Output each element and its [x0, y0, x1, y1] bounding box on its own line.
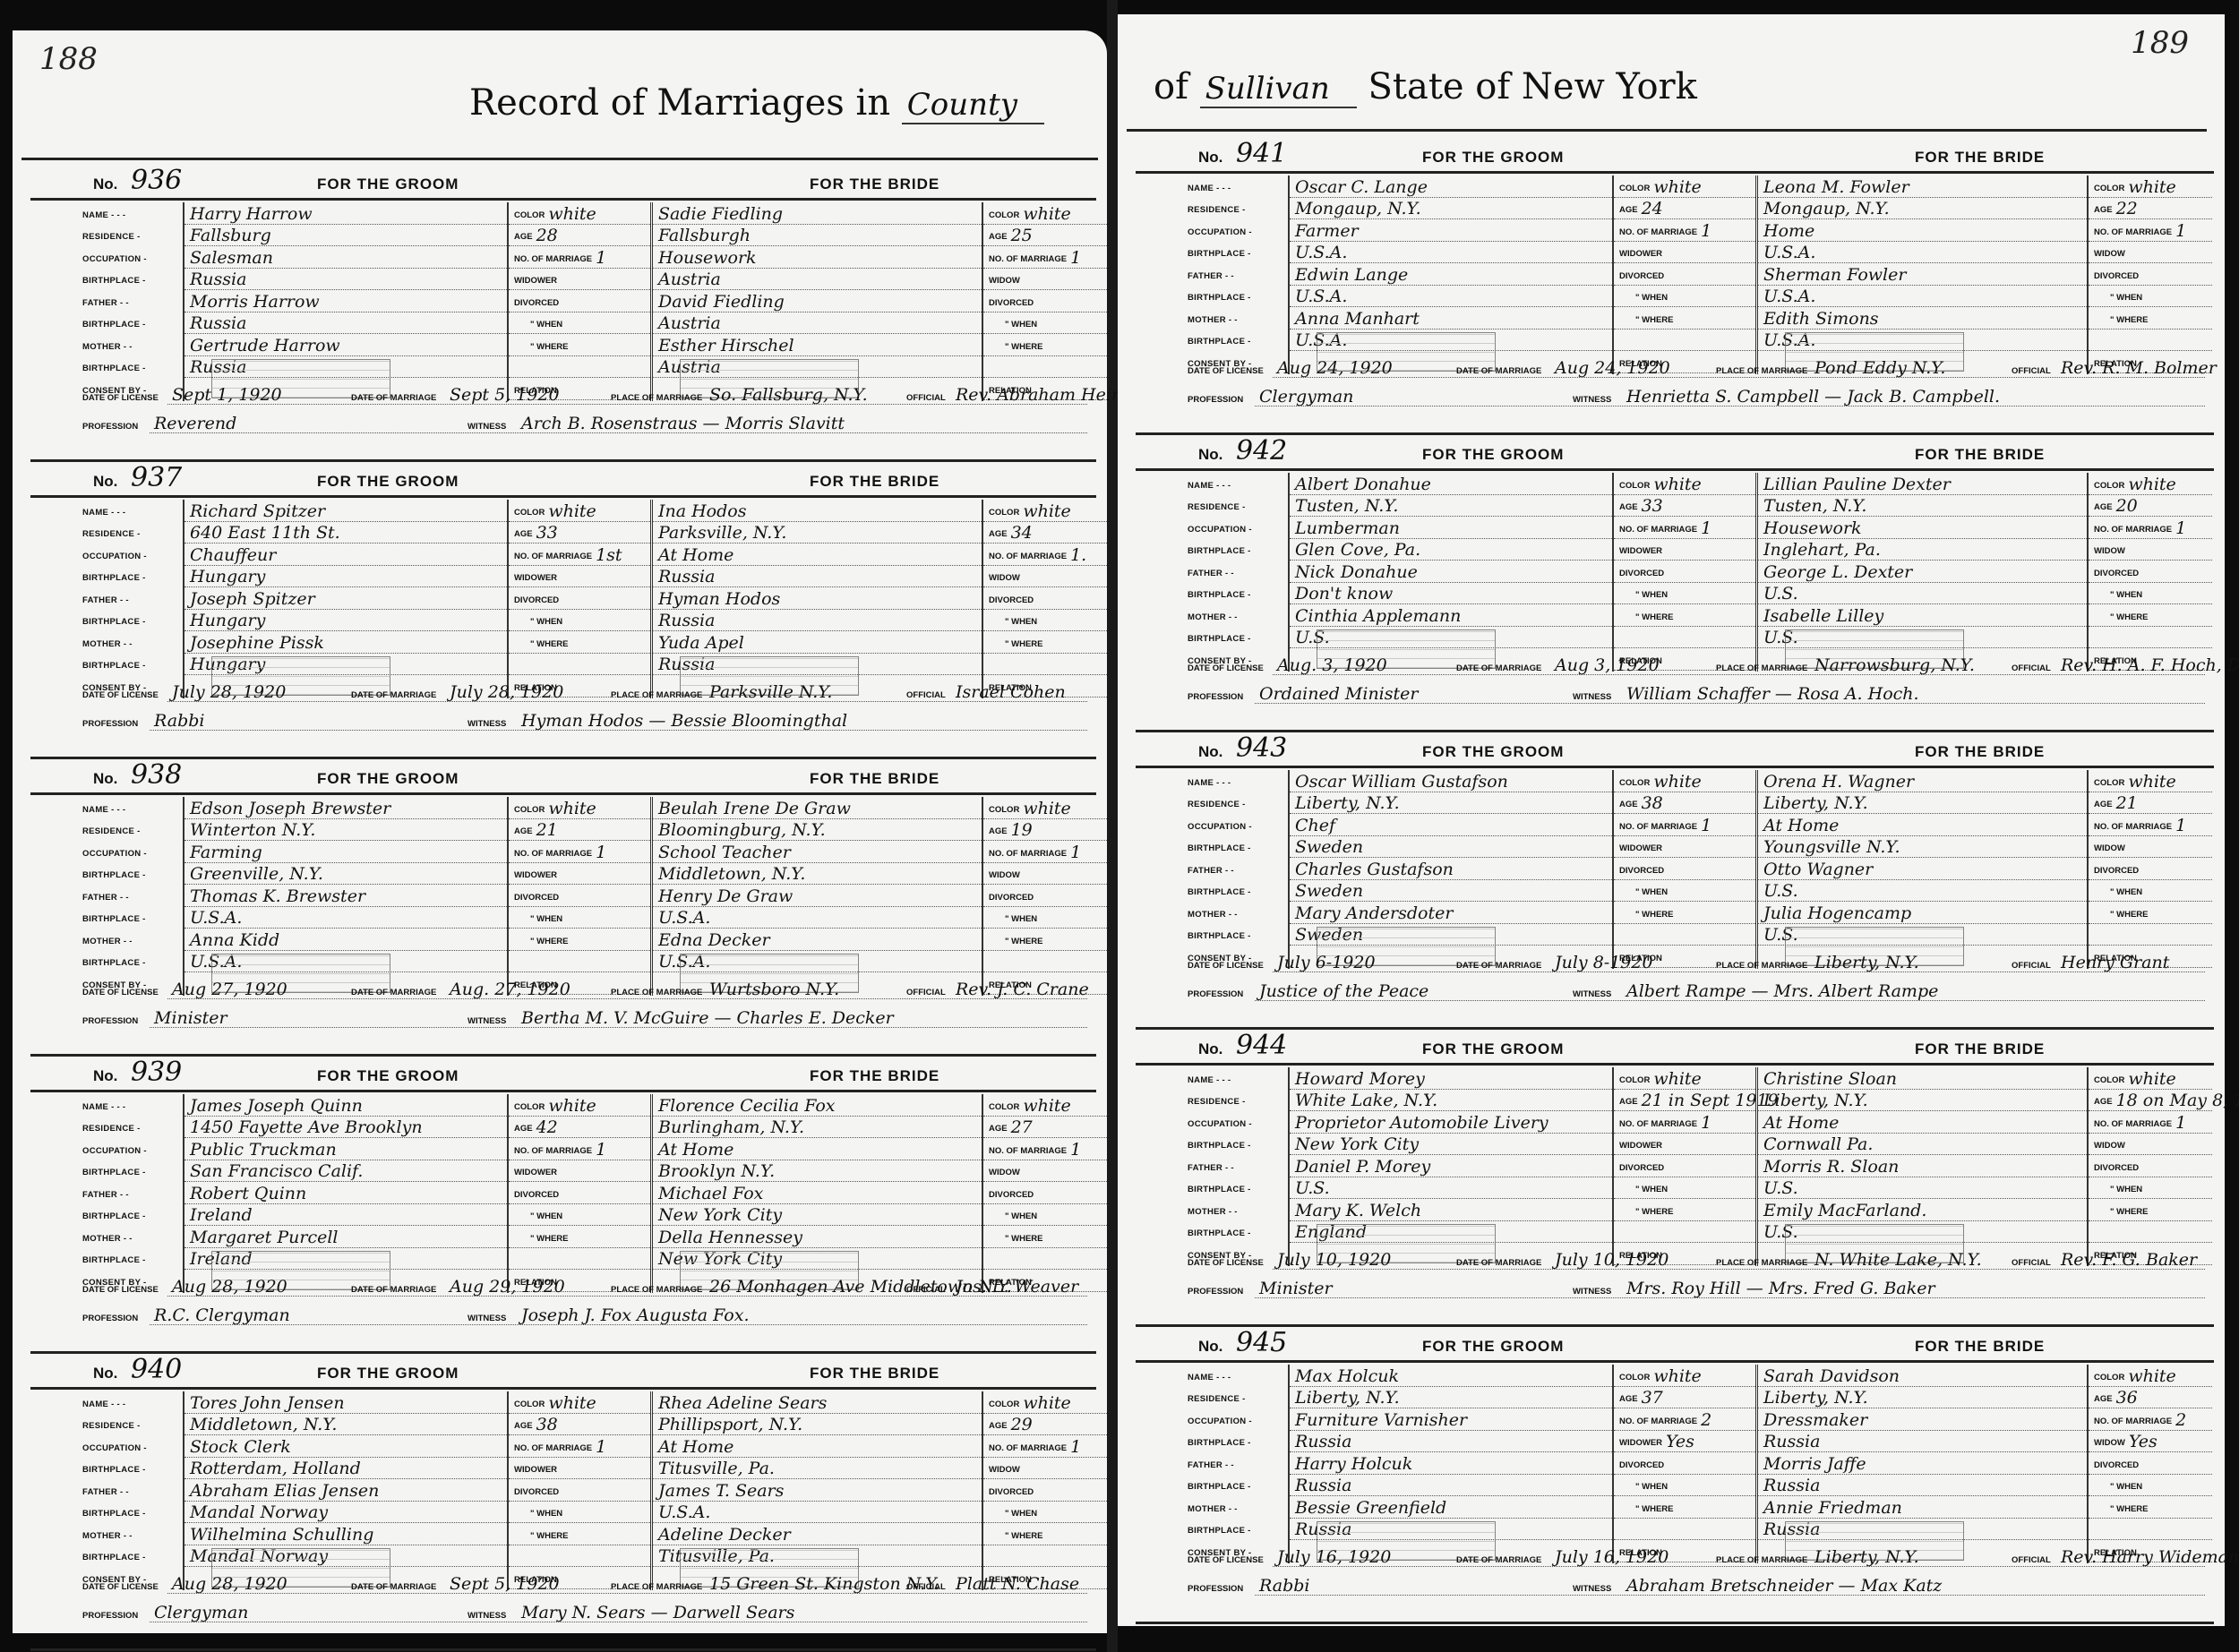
bride-residence: Fallsburgh: [658, 226, 751, 245]
bride-name: Sadie Fiedling: [658, 204, 783, 224]
date-of-marriage: Aug 29, 1920: [450, 1277, 565, 1297]
bride-occupation: At Home: [1763, 1113, 1839, 1133]
label-witness: WITNESS: [1573, 1584, 1611, 1594]
bride-birthplace: Cornwall Pa.: [1763, 1134, 1873, 1154]
groom-age: 28: [536, 226, 558, 245]
bride-status: COLORwhite AGE22 NO. OF MARRIAGE1 WIDOW …: [2087, 175, 2212, 374]
label-widower: WIDOWER: [1619, 1438, 1662, 1448]
label-divorced: DIVORCED: [989, 595, 1034, 605]
bride-details: Orena H. Wagner Liberty, N.Y. At Home Yo…: [1755, 770, 2087, 969]
bride-details: Christine Sloan Liberty, N.Y. At Home Co…: [1755, 1067, 2087, 1266]
marriage-record: No. 940 FOR THE GROOM FOR THE BRIDE NAME…: [30, 1354, 1096, 1651]
groom-details: Oscar C. Lange Mongaup, N.Y. Farmer U.S.…: [1288, 175, 1612, 374]
bride-no-of-marriage: 1: [1070, 1140, 1081, 1160]
label-father: FATHER - -: [1188, 1157, 1286, 1179]
label-profession: PROFESSION: [1188, 1287, 1243, 1297]
bride-father-birthplace: Austria: [658, 313, 721, 333]
record-header: No. 936 FOR THE GROOM FOR THE BRIDE: [30, 165, 1096, 201]
bride-father: Hyman Hodos: [658, 589, 780, 609]
place-of-marriage: N. White Lake, N.Y.: [1814, 1250, 1982, 1270]
bride-status: COLORwhite AGE18 on May 8, 1920 NO. OF M…: [2087, 1067, 2212, 1266]
label-birthplace: BIRTHPLACE -: [1188, 244, 1286, 266]
label-father-birthplace: BIRTHPLACE -: [1188, 1477, 1286, 1499]
bride-name: Sarah Davidson: [1763, 1366, 1900, 1386]
bride-details: Sarah Davidson Liberty, N.Y. Dressmaker …: [1755, 1365, 2087, 1563]
bride-age: 20: [2116, 496, 2138, 516]
label-no-of-marriage: NO. OF MARRIAGE: [989, 254, 1067, 264]
label-occupation: OCCUPATION -: [1188, 518, 1286, 541]
bride-age: 29: [1011, 1415, 1033, 1434]
bride-occupation: At Home: [658, 1140, 733, 1160]
bride-birthplace: Brooklyn N.Y.: [658, 1161, 775, 1181]
groom-father-birthplace: U.S.A.: [1295, 287, 1347, 306]
label-occupation: OCCUPATION -: [1188, 816, 1286, 838]
bride-status: COLORwhite AGE20 NO. OF MARRIAGE1 WIDOW …: [2087, 473, 2212, 672]
date-of-marriage: July 28, 1920: [450, 682, 563, 702]
label-age: AGE: [2094, 1097, 2113, 1107]
title-of: of: [1154, 66, 1188, 107]
label-divorced: DIVORCED: [514, 298, 559, 308]
label-widow: WIDOW: [2094, 546, 2125, 556]
page-number: 188: [39, 41, 98, 77]
groom-color: white: [548, 501, 596, 521]
bride-name: Leona M. Fowler: [1763, 177, 1909, 197]
bride-heading: FOR THE BRIDE: [810, 175, 939, 193]
label-widow: WIDOW: [989, 1168, 1020, 1177]
bride-occupation: Home: [1763, 221, 1814, 241]
label-mother-birthplace: BIRTHPLACE -: [82, 655, 181, 678]
label-age: AGE: [2094, 1394, 2113, 1404]
row-labels: NAME - - - RESIDENCE - OCCUPATION - BIRT…: [82, 1096, 181, 1294]
bride-status: COLORwhite AGE25 NO. OF MARRIAGE1 WIDOW …: [982, 202, 1107, 401]
place-of-marriage: Wurtsboro N.Y.: [709, 980, 839, 999]
date-of-marriage: July 16, 1920: [1555, 1547, 1669, 1567]
label-no-of-marriage: NO. OF MARRIAGE: [514, 254, 592, 264]
label-age: AGE: [1619, 800, 1638, 809]
label-divorced-where: " WHERE: [514, 342, 569, 352]
title-divider: [1127, 129, 2207, 132]
label-witness: WITNESS: [468, 719, 506, 729]
left-page: 188 Record of Marriages in County No. 93…: [13, 30, 1107, 1633]
label-divorced-where: " WHERE: [1619, 910, 1674, 920]
groom-mother: Anna Kidd: [190, 930, 279, 950]
label-place-of-marriage: PLACE OF MARRIAGE: [1716, 1258, 1807, 1268]
label-father: FATHER - -: [82, 1184, 181, 1206]
record-number: 938: [131, 759, 182, 791]
witness: William Schaffer — Rosa A. Hoch.: [1626, 684, 1919, 704]
label-occupation: OCCUPATION -: [1188, 1113, 1286, 1135]
row-labels: NAME - - - RESIDENCE - OCCUPATION - BIRT…: [82, 799, 181, 997]
label-divorced-where: " WHERE: [514, 639, 569, 649]
label-no-of-marriage: NO. OF MARRIAGE: [514, 849, 592, 859]
label-residence: RESIDENCE -: [1188, 497, 1286, 519]
label-widower: WIDOWER: [514, 870, 557, 880]
date-of-license: July 10, 1920: [1277, 1250, 1391, 1270]
bride-color: white: [2128, 177, 2175, 197]
label-father-birthplace: BIRTHPLACE -: [82, 1206, 181, 1228]
groom-age: 33: [1642, 496, 1663, 516]
bride-mother: Della Hennessey: [658, 1228, 802, 1247]
groom-details: Albert Donahue Tusten, N.Y. Lumberman Gl…: [1288, 473, 1612, 672]
label-name: NAME - - -: [82, 501, 181, 524]
label-divorced: DIVORCED: [989, 1190, 1034, 1200]
label-widow: WIDOW: [2094, 249, 2125, 259]
label-no-of-marriage: NO. OF MARRIAGE: [2094, 525, 2172, 535]
groom-name: James Joseph Quinn: [190, 1096, 363, 1116]
bride-details: Rhea Adeline Sears Phillipsport, N.Y. At…: [650, 1391, 982, 1590]
groom-details: Edson Joseph Brewster Winterton N.Y. Far…: [183, 797, 507, 996]
groom-color: white: [1653, 475, 1701, 494]
label-father-birthplace: BIRTHPLACE -: [82, 909, 181, 931]
label-color: COLOR: [989, 1102, 1019, 1112]
label-color: COLOR: [2094, 1373, 2124, 1382]
groom-name: Tores John Jensen: [190, 1393, 345, 1413]
bride-residence: Tusten, N.Y.: [1763, 496, 1866, 516]
official: Rev. J. C. Crane: [956, 980, 1089, 999]
groom-details: Richard Spitzer 640 East 11th St. Chauff…: [183, 500, 507, 698]
bride-mother: Julia Hogencamp: [1763, 903, 1911, 923]
witness: Bertha M. V. McGuire — Charles E. Decker: [521, 1008, 894, 1028]
label-occupation: OCCUPATION -: [82, 545, 181, 568]
groom-heading: FOR THE GROOM: [1422, 446, 1564, 464]
label-profession: PROFESSION: [1188, 1584, 1243, 1594]
label-occupation: OCCUPATION -: [1188, 1410, 1286, 1433]
ceremony-underline: [167, 701, 1087, 702]
groom-mother: Mary K. Welch: [1295, 1201, 1421, 1220]
groom-color: white: [1653, 772, 1701, 792]
label-age: AGE: [989, 1124, 1008, 1134]
label-color: COLOR: [1619, 481, 1650, 491]
label-divorced-when: " WHEN: [989, 914, 1037, 924]
bride-color: white: [1023, 1096, 1070, 1116]
groom-heading: FOR THE GROOM: [317, 1067, 459, 1085]
label-witness: WITNESS: [1573, 692, 1611, 702]
label-mother: MOTHER - -: [82, 1228, 181, 1250]
bride-birthplace: U.S.A.: [1763, 243, 1815, 262]
label-widower: WIDOWER: [1619, 1141, 1662, 1151]
date-of-marriage: Aug. 27, 1920: [450, 980, 570, 999]
groom-residence: Mongaup, N.Y.: [1295, 199, 1421, 218]
label-date-of-marriage: DATE OF MARRIAGE: [351, 690, 436, 700]
bride-status: COLORwhite AGE36 NO. OF MARRIAGE2 WIDOWY…: [2087, 1365, 2212, 1563]
bride-father-birthplace: Russia: [1763, 1476, 1820, 1495]
witness: Arch B. Rosenstraus — Morris Slavitt: [521, 414, 845, 433]
bride-status: COLORwhite AGE27 NO. OF MARRIAGE1 WIDOW …: [982, 1094, 1107, 1293]
groom-heading: FOR THE GROOM: [1422, 743, 1564, 761]
bride-father: Henry De Graw: [658, 886, 793, 906]
label-divorced-when: " WHEN: [2094, 1185, 2142, 1194]
label-divorced-where: " WHERE: [2094, 1504, 2149, 1514]
groom-mother: Wilhelmina Schulling: [190, 1525, 373, 1545]
profession: Rabbi: [1259, 1576, 1309, 1596]
label-official: OFFICIAL: [906, 690, 946, 700]
groom-residence: Liberty, N.Y.: [1295, 1388, 1400, 1408]
records-left: No. 936 FOR THE GROOM FOR THE BRIDE NAME…: [30, 165, 1096, 1651]
label-residence: RESIDENCE -: [82, 821, 181, 843]
label-birthplace: BIRTHPLACE -: [82, 865, 181, 887]
label-witness: WITNESS: [1573, 989, 1611, 999]
bride-residence: Phillipsport, N.Y.: [658, 1415, 802, 1434]
groom-name: Edson Joseph Brewster: [190, 799, 390, 818]
bride-name: Ina Hodos: [658, 501, 746, 521]
bride-details: Beulah Irene De Graw Bloomingburg, N.Y. …: [650, 797, 982, 996]
groom-heading: FOR THE GROOM: [1422, 149, 1564, 167]
bride-father-birthplace: U.S.A.: [658, 908, 710, 928]
profession: Rabbi: [154, 711, 204, 731]
bride-father: George L. Dexter: [1763, 562, 1912, 582]
bride-father: Sherman Fowler: [1763, 265, 1906, 285]
bride-birthplace: Russia: [658, 567, 715, 586]
label-father: FATHER - -: [1188, 1454, 1286, 1477]
witness-underline: [1255, 1000, 2205, 1001]
bride-color: white: [2128, 772, 2175, 792]
bride-mother: Emily MacFarland.: [1763, 1201, 1926, 1220]
label-date-of-marriage: DATE OF MARRIAGE: [351, 1285, 436, 1295]
label-profession: PROFESSION: [82, 1016, 138, 1026]
groom-birthplace: Glen Cove, Pa.: [1295, 540, 1420, 560]
bride-color: white: [2128, 1366, 2175, 1386]
groom-name: Harry Harrow: [190, 204, 313, 224]
label-father: FATHER - -: [1188, 265, 1286, 287]
groom-heading: FOR THE GROOM: [1422, 1040, 1564, 1058]
label-witness: WITNESS: [1573, 395, 1611, 405]
groom-heading: FOR THE GROOM: [317, 1365, 459, 1382]
bride-mother: Adeline Decker: [658, 1525, 791, 1545]
label-divorced-when: " WHEN: [989, 1211, 1037, 1221]
label-color: COLOR: [514, 1102, 545, 1112]
label-color: COLOR: [989, 508, 1019, 518]
groom-father-birthplace: Russia: [1295, 1476, 1351, 1495]
bride-residence: Liberty, N.Y.: [1763, 1388, 1868, 1408]
label-color: COLOR: [1619, 1373, 1650, 1382]
label-name: NAME - - -: [1188, 772, 1286, 794]
label-color: COLOR: [514, 805, 545, 815]
groom-status: COLORwhite AGE33 NO. OF MARRIAGE1 WIDOWE…: [1612, 473, 1755, 672]
label-divorced: DIVORCED: [2094, 866, 2139, 876]
bride-status: COLORwhite AGE34 NO. OF MARRIAGE1. WIDOW…: [982, 500, 1107, 698]
label-date-of-license: DATE OF LICENSE: [82, 393, 159, 403]
label-no-of-marriage: NO. OF MARRIAGE: [989, 552, 1067, 561]
label-divorced-where: " WHERE: [989, 639, 1043, 649]
label-no-of-marriage: NO. OF MARRIAGE: [514, 1146, 592, 1156]
groom-residence: Winterton N.Y.: [190, 820, 315, 840]
place-of-marriage: 15 Green St. Kingston N.Y.: [709, 1574, 939, 1594]
label-place-of-marriage: PLACE OF MARRIAGE: [611, 1285, 702, 1295]
bride-residence: Liberty, N.Y.: [1763, 1091, 1868, 1110]
groom-details: Tores John Jensen Middletown, N.Y. Stock…: [183, 1391, 507, 1590]
place-of-marriage: Liberty, N.Y.: [1814, 1547, 1919, 1567]
label-color: COLOR: [2094, 184, 2124, 193]
row-labels: NAME - - - RESIDENCE - OCCUPATION - BIRT…: [82, 204, 181, 402]
label-official: OFFICIAL: [2012, 961, 2051, 971]
groom-birthplace: Russia: [1295, 1432, 1351, 1451]
label-witness: WITNESS: [468, 1611, 506, 1621]
label-official: OFFICIAL: [906, 1582, 946, 1592]
label-divorced-when: " WHEN: [514, 1509, 562, 1519]
groom-name: Max Holcuk: [1295, 1366, 1399, 1386]
label-divorced: DIVORCED: [2094, 569, 2139, 578]
label-place-of-marriage: PLACE OF MARRIAGE: [611, 690, 702, 700]
label-residence: RESIDENCE -: [1188, 200, 1286, 222]
label-mother: MOTHER - -: [82, 930, 181, 953]
ceremony-underline: [1273, 377, 2205, 378]
row-labels: NAME - - - RESIDENCE - OCCUPATION - BIRT…: [1188, 475, 1286, 672]
marriage-record: No. 942 FOR THE GROOM FOR THE BRIDE NAME…: [1136, 435, 2214, 732]
bride-occupation: At Home: [658, 545, 733, 565]
groom-birthplace: U.S.A.: [1295, 243, 1347, 262]
groom-no-of-marriage: 1: [1701, 1113, 1711, 1133]
label-divorced-where: " WHERE: [989, 1531, 1043, 1541]
label-place-of-marriage: PLACE OF MARRIAGE: [611, 988, 702, 997]
label-date-of-marriage: DATE OF MARRIAGE: [351, 393, 436, 403]
label-name: NAME - - -: [1188, 1069, 1286, 1091]
groom-birthplace: Hungary: [190, 567, 265, 586]
label-widower: WIDOWER: [1619, 249, 1662, 259]
label-divorced-when: " WHEN: [989, 1509, 1037, 1519]
label-age: AGE: [514, 1124, 533, 1134]
label-mother-birthplace: BIRTHPLACE -: [1188, 1520, 1286, 1543]
label-date-of-license: DATE OF LICENSE: [1188, 366, 1264, 376]
bride-no-of-marriage: 1: [1070, 1437, 1081, 1457]
page-number: 189: [2131, 25, 2189, 61]
bride-birthplace: Inglehart, Pa.: [1763, 540, 1881, 560]
profession: R.C. Clergyman: [154, 1305, 290, 1325]
label-divorced-where: " WHERE: [514, 937, 569, 946]
county-name: Sullivan: [1200, 71, 1357, 108]
bride-birthplace: Russia: [1763, 1432, 1820, 1451]
groom-mother: Mary Andersdoter: [1295, 903, 1453, 923]
label-widow: WIDOW: [989, 573, 1020, 583]
bride-father-birthplace: U.S.A.: [1763, 287, 1815, 306]
label-age: AGE: [989, 529, 1008, 539]
groom-no-of-marriage: 1: [596, 1437, 606, 1457]
profession: Justice of the Peace: [1259, 981, 1428, 1001]
groom-father: Robert Quinn: [190, 1184, 306, 1203]
row-labels: NAME - - - RESIDENCE - OCCUPATION - BIRT…: [1188, 177, 1286, 375]
label-divorced: DIVORCED: [1619, 569, 1664, 578]
label-divorced: DIVORCED: [2094, 1460, 2139, 1470]
date-of-license: Aug. 3, 1920: [1277, 655, 1387, 675]
record-header: No. 945 FOR THE GROOM FOR THE BRIDE: [1136, 1327, 2214, 1363]
bride-mother: Annie Friedman: [1763, 1498, 1902, 1518]
groom-occupation: Chef: [1295, 816, 1335, 835]
label-no-of-marriage: NO. OF MARRIAGE: [2094, 227, 2172, 237]
label-age: AGE: [989, 826, 1008, 836]
label-occupation: OCCUPATION -: [82, 1140, 181, 1162]
label-color: COLOR: [514, 508, 545, 518]
label-age: AGE: [989, 232, 1008, 242]
record-header: No. 944 FOR THE GROOM FOR THE BRIDE: [1136, 1030, 2214, 1066]
label-birthplace: BIRTHPLACE -: [82, 568, 181, 590]
record-header: No. 939 FOR THE GROOM FOR THE BRIDE: [30, 1057, 1096, 1092]
label-color: COLOR: [514, 1399, 545, 1409]
groom-no-of-marriage: 1: [1701, 221, 1711, 241]
label-name: NAME - - -: [82, 204, 181, 227]
groom-status: COLORwhite AGE24 NO. OF MARRIAGE1 WIDOWE…: [1612, 175, 1755, 374]
groom-status: COLORwhite AGE21 in Sept 1919 NO. OF MAR…: [1612, 1067, 1755, 1266]
groom-status: COLORwhite AGE33 NO. OF MARRIAGE1st WIDO…: [507, 500, 650, 698]
label-age: AGE: [989, 1421, 1008, 1431]
label-widow: WIDOW: [989, 1465, 1020, 1475]
label-date-of-license: DATE OF LICENSE: [82, 1285, 159, 1295]
groom-father: Daniel P. Morey: [1295, 1157, 1430, 1177]
label-divorced-when: " WHEN: [2094, 1482, 2142, 1492]
page-title: Record of Marriages in County: [469, 82, 1044, 124]
bride-no-of-marriage: 1.: [1070, 545, 1086, 565]
bride-heading: FOR THE BRIDE: [1915, 149, 2045, 167]
label-name: NAME - - -: [82, 799, 181, 821]
label-divorced-where: " WHERE: [1619, 612, 1674, 622]
label-father: FATHER - -: [82, 292, 181, 314]
marriage-record: No. 944 FOR THE GROOM FOR THE BRIDE NAME…: [1136, 1030, 2214, 1327]
label-divorced-when: " WHEN: [989, 617, 1037, 627]
groom-occupation: Chauffeur: [190, 545, 276, 565]
official: Henry Grant: [2061, 953, 2169, 972]
label-divorced-when: " WHEN: [2094, 293, 2142, 303]
groom-no-of-marriage: 1: [596, 1140, 606, 1160]
groom-details: Max Holcuk Liberty, N.Y. Furniture Varni…: [1288, 1365, 1612, 1563]
label-divorced-when: " WHEN: [2094, 887, 2142, 897]
groom-color: white: [1653, 177, 1701, 197]
date-of-marriage: July 8-1920: [1555, 953, 1653, 972]
groom-mother: Bessie Greenfield: [1295, 1498, 1446, 1518]
groom-status: COLORwhite AGE38 NO. OF MARRIAGE1 WIDOWE…: [1612, 770, 1755, 969]
label-divorced: DIVORCED: [2094, 271, 2139, 281]
label-residence: RESIDENCE -: [82, 1416, 181, 1438]
groom-color: white: [548, 1393, 596, 1413]
bride-mother: Esther Hirschel: [658, 336, 794, 355]
official: Rev. Harry Wideman: [2061, 1547, 2239, 1567]
label-birthplace: BIRTHPLACE -: [82, 1459, 181, 1482]
label-father-birthplace: BIRTHPLACE -: [1188, 882, 1286, 904]
label-divorced-where: " WHERE: [2094, 910, 2149, 920]
witness: Henrietta S. Campbell — Jack B. Campbell…: [1626, 387, 2000, 407]
label-mother-birthplace: BIRTHPLACE -: [82, 358, 181, 381]
label-divorced-where: " WHERE: [514, 1531, 569, 1541]
profession: Ordained Minister: [1259, 684, 1418, 704]
label-place-of-marriage: PLACE OF MARRIAGE: [611, 393, 702, 403]
groom-father: Morris Harrow: [190, 292, 320, 312]
place-of-marriage: Liberty, N.Y.: [1814, 953, 1919, 972]
label-color: COLOR: [1619, 778, 1650, 788]
right-page: 189 of Sullivan State of New York No. 94…: [1118, 14, 2225, 1626]
groom-status: COLORwhite AGE21 NO. OF MARRIAGE1 WIDOWE…: [507, 797, 650, 996]
ceremony-underline: [1273, 674, 2205, 675]
bride-father-birthplace: Russia: [658, 611, 715, 630]
bride-color: white: [2128, 1069, 2175, 1089]
place-of-marriage: Parksville N.Y.: [709, 682, 832, 702]
ceremony-underline: [167, 404, 1087, 405]
label-residence: RESIDENCE -: [1188, 1389, 1286, 1411]
label-official: OFFICIAL: [2012, 366, 2051, 376]
label-official: OFFICIAL: [906, 393, 946, 403]
bride-occupation: At Home: [1763, 816, 1839, 835]
label-divorced: DIVORCED: [514, 893, 559, 903]
label-father: FATHER - -: [82, 1481, 181, 1503]
bride-age: 25: [1011, 226, 1033, 245]
label-name: NAME - - -: [1188, 475, 1286, 497]
record-header: No. 938 FOR THE GROOM FOR THE BRIDE: [30, 759, 1096, 795]
label-mother: MOTHER - -: [1188, 1201, 1286, 1223]
label-divorced-where: " WHERE: [2094, 315, 2149, 325]
groom-no-of-marriage: 1st: [596, 545, 622, 565]
label-no-of-marriage: NO. OF MARRIAGE: [1619, 227, 1697, 237]
record-number: 939: [131, 1057, 182, 1088]
label-place-of-marriage: PLACE OF MARRIAGE: [1716, 366, 1807, 376]
groom-heading: FOR THE GROOM: [317, 473, 459, 491]
profession: Minister: [154, 1008, 227, 1028]
groom-occupation: Farmer: [1295, 221, 1359, 241]
